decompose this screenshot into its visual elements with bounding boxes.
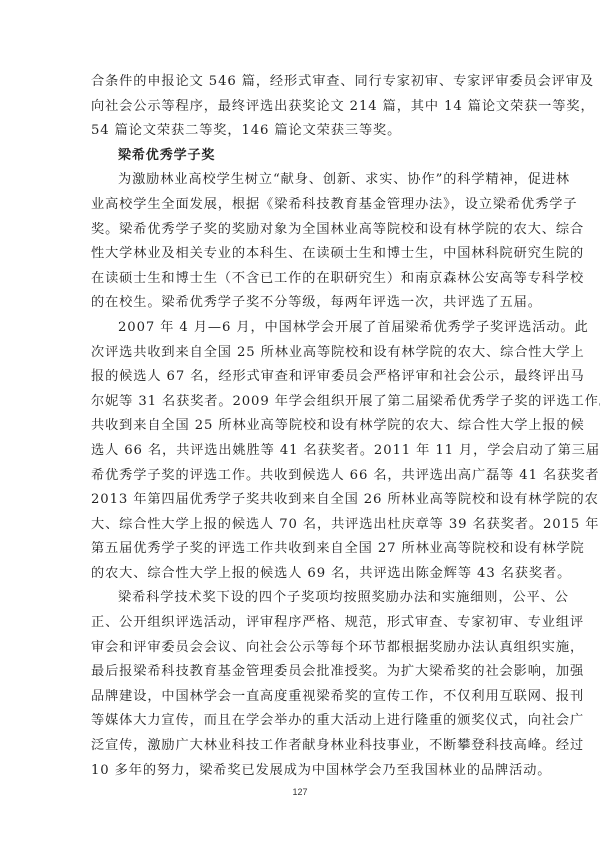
paragraph-line: 向社会公示等程序，最终评选出获奖论文 214 篇，其中 14 篇论文荣获一等奖， [91,95,511,120]
paragraph-line: 次评选共收到来自全国 25 所林业高等院校和设有林学院的农大、综合性大学上 [91,341,511,366]
paragraph-line: 希优秀学子奖的评选工作。共收到候选人 66 名，共评选出高广磊等 41 名获奖者… [91,464,511,489]
paragraph-line: 在读硕士生和博士生（不含已工作的在职研究生）和南京森林公安高等专科学校 [91,267,511,292]
paragraph-line: 正、公开组织评选活动，评审程序严格、规范，形式审查、专家初审、专业组评 [91,611,511,636]
paragraph-line: 梁希科学技术奖下设的四个子奖项均按照奖励办法和实施细则，公平、公 [91,586,511,611]
page-number: 127 [0,787,600,797]
paragraph-line: 2007 年 4 月—6 月，中国林学会开展了首届梁希优秀学子奖评选活动。此 [91,316,511,341]
paragraph-line: 选人 66 名，共评选出姚胜等 41 名获奖者。2011 年 11 月，学会启动… [91,439,511,464]
paragraph-line: 尔妮等 31 名获奖者。2009 年学会组织开展了第二届梁希优秀学子奖的评选工作… [91,390,511,415]
paragraph-line: 合条件的申报论文 546 篇，经形式审查、同行专家初审、专家评审委员会评审及 [91,70,511,95]
paragraph-line: 最后报梁希科技教育基金管理委员会批准授奖。为扩大梁希奖的社会影响，加强 [91,660,511,685]
paragraph-line: 第五届优秀学子奖的评选工作共收到来自全国 27 所林业高等院校和设有林学院 [91,537,511,562]
paragraph-line: 品牌建设，中国林学会一直高度重视梁希奖的宣传工作，不仅利用互联网、报刊 [91,685,511,710]
paragraph-line: 报的候选人 67 名，经形式审查和评审委员会严格评审和社会公示，最终评出马 [91,365,511,390]
paragraph-line: 性大学林业及相关专业的本科生、在读硕士生和博士生，中国林科院研究生院的 [91,242,511,267]
paragraph-line: 业高校学生全面发展，根据《梁希科技教育基金管理办法》，设立梁希优秀学子 [91,193,511,218]
paragraph-line: 等媒体大力宣传，而且在学会举办的重大活动上进行隆重的颁奖仪式，向社会广 [91,709,511,734]
paragraph-line: 审会和评审委员会会议、向社会公示等每个环节都根据奖励办法认真组织实施， [91,636,511,661]
paragraph-line: 共收到来自全国 25 所林业高等院校和设有林学院的农大、综合性大学上报的候 [91,414,511,439]
paragraph-line: 2013 年第四届优秀学子奖共收到来自全国 26 所林业高等院校和设有林学院的农 [91,488,511,513]
paragraph-line: 的农大、综合性大学上报的候选人 69 名，共评选出陈金辉等 43 名获奖者。 [91,562,511,587]
paragraph-line: 大、综合性大学上报的候选人 70 名，共评选出杜庆章等 39 名获奖者。2015… [91,513,511,538]
paragraph-line: 为激励林业高校学生树立“献身、创新、求实、协作”的科学精神，促进林 [91,168,511,193]
paragraph-line: 泛宣传，激励广大林业科技工作者献身林业科技事业，不断攀登科技高峰。经过 [91,734,511,759]
paragraph-line: 的在校生。梁希优秀学子奖不分等级，每两年评选一次，共评选了五届。 [91,291,511,316]
paragraph-line: 奖。梁希优秀学子奖的奖励对象为全国林业高等院校和设有林学院的农大、综合 [91,218,511,243]
section-heading: 梁希优秀学子奖 [91,144,511,169]
paragraph-line: 54 篇论文荣获二等奖，146 篇论文荣获三等奖。 [91,119,511,144]
paragraph-line: 10 多年的努力，梁希奖已发展成为中国林学会乃至我国林业的品牌活动。 [91,759,511,784]
document-body: 合条件的申报论文 546 篇，经形式审查、同行专家初审、专家评审委员会评审及 向… [91,70,511,783]
